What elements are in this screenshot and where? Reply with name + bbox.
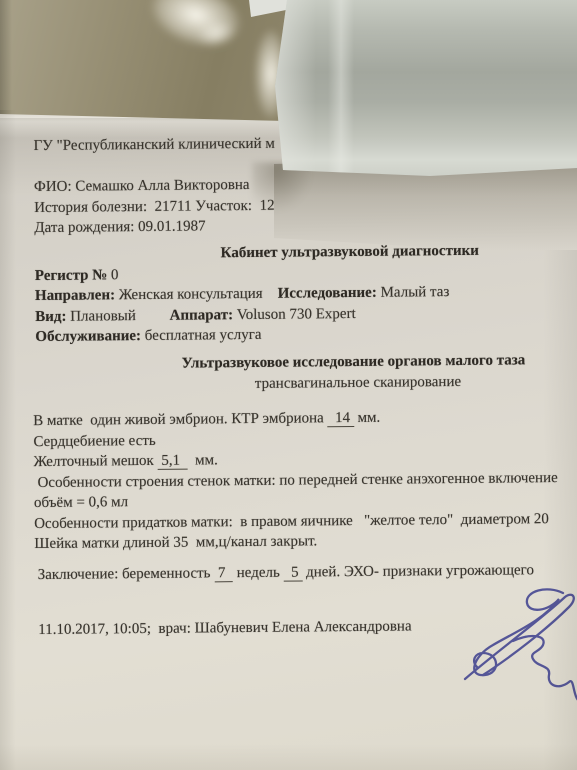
apparat-label: Аппарат: bbox=[170, 307, 234, 324]
photo-of-ultrasound-report: { "photo": { "paper_color": "#dcd8cf", "… bbox=[0, 0, 577, 770]
yolk-field: 5,1 bbox=[157, 454, 187, 470]
embryo-text: В матке один живой эмбрион. КТР эмбриона bbox=[33, 410, 327, 429]
findings-section: В матке один живой эмбрион. КТР эмбриона… bbox=[0, 405, 577, 554]
vid-label: Вид: bbox=[35, 308, 66, 324]
service-value: бесплатная услуга bbox=[141, 327, 262, 344]
desk-surface bbox=[0, 0, 292, 124]
days-field: 5 bbox=[284, 565, 303, 581]
ktr-field: 14 bbox=[327, 411, 353, 427]
weeks-field: 7 bbox=[214, 566, 233, 582]
apparat-value: Voluson 730 Expert bbox=[233, 305, 356, 322]
registr-label: Регистр № bbox=[35, 267, 108, 284]
conclusion-mid: недель bbox=[233, 565, 284, 581]
embryo-unit: мм. bbox=[354, 410, 381, 426]
photo-bottom-shading bbox=[0, 744, 577, 770]
photo-left-vignette bbox=[0, 110, 16, 770]
napravlen-label: Направлен: bbox=[35, 287, 115, 304]
service-label: Обслуживание: bbox=[35, 328, 141, 345]
conclusion-post: дней. ЭХО- признаки угрожающего bbox=[302, 562, 534, 580]
napravlen-value: Женская консультация bbox=[115, 286, 278, 304]
conclusion-section: Заключение: беременность 7 недель 5 дней… bbox=[2, 559, 577, 585]
study-title-section: Ультразвуковое исследование органов мало… bbox=[0, 349, 577, 396]
conclusion-line: Заключение: беременность 7 недель 5 дней… bbox=[2, 559, 577, 585]
vid-value: Плановый bbox=[66, 307, 169, 324]
sheet-fold-crease bbox=[328, 0, 354, 180]
issledovanie-value: Малый таз bbox=[377, 284, 450, 301]
conclusion-text: Заключение: беременность bbox=[38, 565, 215, 583]
registr-value: 0 bbox=[107, 267, 118, 283]
yolk-text: Желточный мешок bbox=[34, 453, 158, 470]
overlapping-curled-sheet bbox=[270, 0, 577, 182]
desk-dark-edge bbox=[0, 0, 12, 120]
cabinet-section: Кабинет ультразвуковой диагностики Регис… bbox=[0, 239, 577, 347]
photo-right-vignette bbox=[543, 250, 577, 770]
yolk-unit: мм. bbox=[187, 452, 217, 468]
issledovanie-label: Исследование: bbox=[278, 285, 377, 302]
